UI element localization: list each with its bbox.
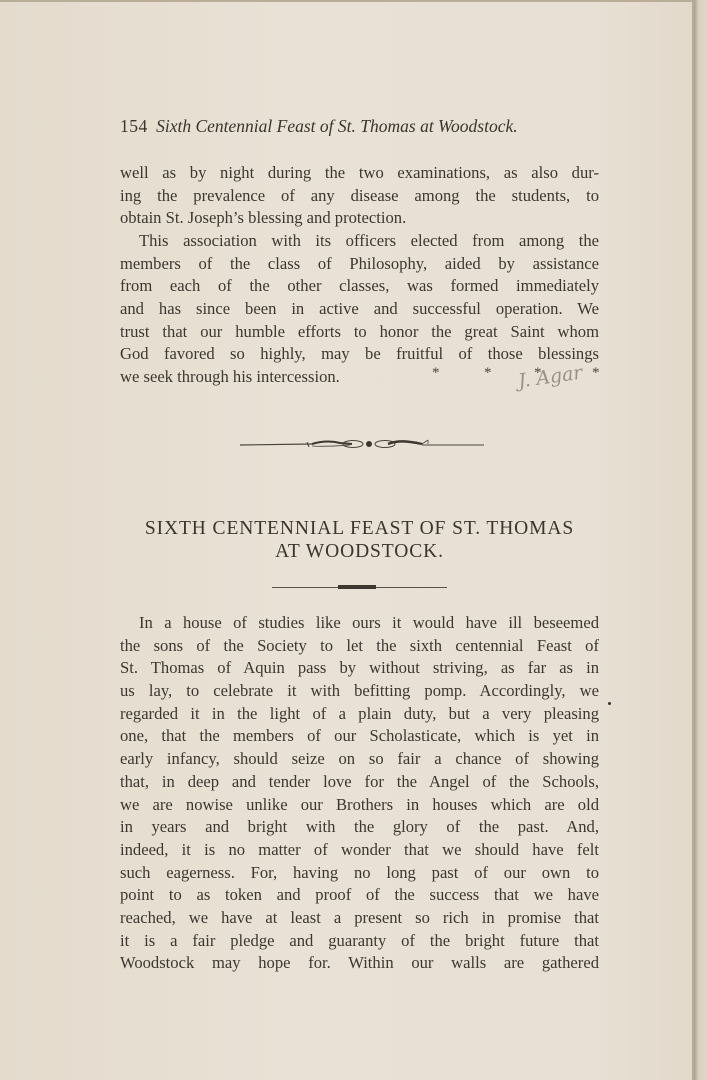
running-head: 154 Sixth Centennial Feast of St. Thomas…: [120, 116, 620, 137]
ornamental-divider-icon: [232, 434, 488, 454]
text-line: members of the class of Philosophy, aide…: [120, 253, 599, 276]
running-head-title: Sixth Centennial Feast of St. Thomas at …: [156, 116, 517, 136]
text-line: and has since been in active and success…: [120, 298, 599, 321]
text-line: God favored so highly, may be fruitful o…: [120, 343, 599, 366]
rule-center-ornament: [338, 585, 376, 589]
text-line: This association with its officers elect…: [120, 230, 599, 253]
text-line: we are nowise unlike our Brothers in hou…: [120, 794, 599, 817]
continuation-paragraph-2: This association with its officers elect…: [120, 230, 599, 389]
text-line: reached, we have at least a present so r…: [120, 907, 599, 930]
text-line: from each of the other classes, was form…: [120, 275, 599, 298]
text-line: trust that our humble efforts to honor t…: [120, 321, 599, 344]
article-paragraph-1: In a house of studies like ours it would…: [120, 612, 599, 975]
adjacent-page-edge: [694, 0, 707, 1080]
article-heading: SIXTH CENTENNIAL FEAST OF ST. THOMAS: [120, 518, 599, 540]
text-line: ing the prevalence of any disease among …: [120, 185, 599, 208]
rule-line-left: [272, 587, 338, 588]
text-line: such eagerness. For, having no long past…: [120, 862, 599, 885]
text-line: it is a fair pledge and guaranty of the …: [120, 930, 599, 953]
heading-rule-divider: [272, 586, 447, 590]
text-line: In a house of studies like ours it would…: [120, 612, 599, 635]
text-line: the sons of the Society to let the sixth…: [120, 635, 599, 658]
text-line: Woodstock may hope for. Within our walls…: [120, 952, 599, 975]
text-line: obtain St. Joseph’s blessing and protect…: [120, 207, 599, 230]
article-heading-continued: AT WOODSTOCK.: [120, 541, 599, 563]
ink-speck: [608, 702, 611, 705]
continuation-paragraph-1: well as by night during the two examinat…: [120, 162, 599, 230]
rule-line-right: [376, 587, 447, 588]
page-number: 154: [120, 116, 148, 136]
asterisk: *: [484, 365, 492, 382]
text-line: regarded it in the light of a plain duty…: [120, 703, 599, 726]
asterisk: *: [432, 365, 440, 382]
text-line: St. Thomas of Aquin pass by without stri…: [120, 657, 599, 680]
asterisk: *: [592, 365, 600, 382]
text-line: us lay, to celebrate it with befitting p…: [120, 680, 599, 703]
book-page: 154 Sixth Centennial Feast of St. Thomas…: [0, 0, 694, 1080]
text-line: indeed, it is no matter of wonder that w…: [120, 839, 599, 862]
text-line: in years and bright with the glory of th…: [120, 816, 599, 839]
text-line: early infancy, should seize on so fair a…: [120, 748, 599, 771]
text-line: that, in deep and tender love for the An…: [120, 771, 599, 794]
text-line: point to as token and proof of the succe…: [120, 884, 599, 907]
text-line: well as by night during the two examinat…: [120, 162, 599, 185]
text-line: one, that the members of our Scholastica…: [120, 725, 599, 748]
